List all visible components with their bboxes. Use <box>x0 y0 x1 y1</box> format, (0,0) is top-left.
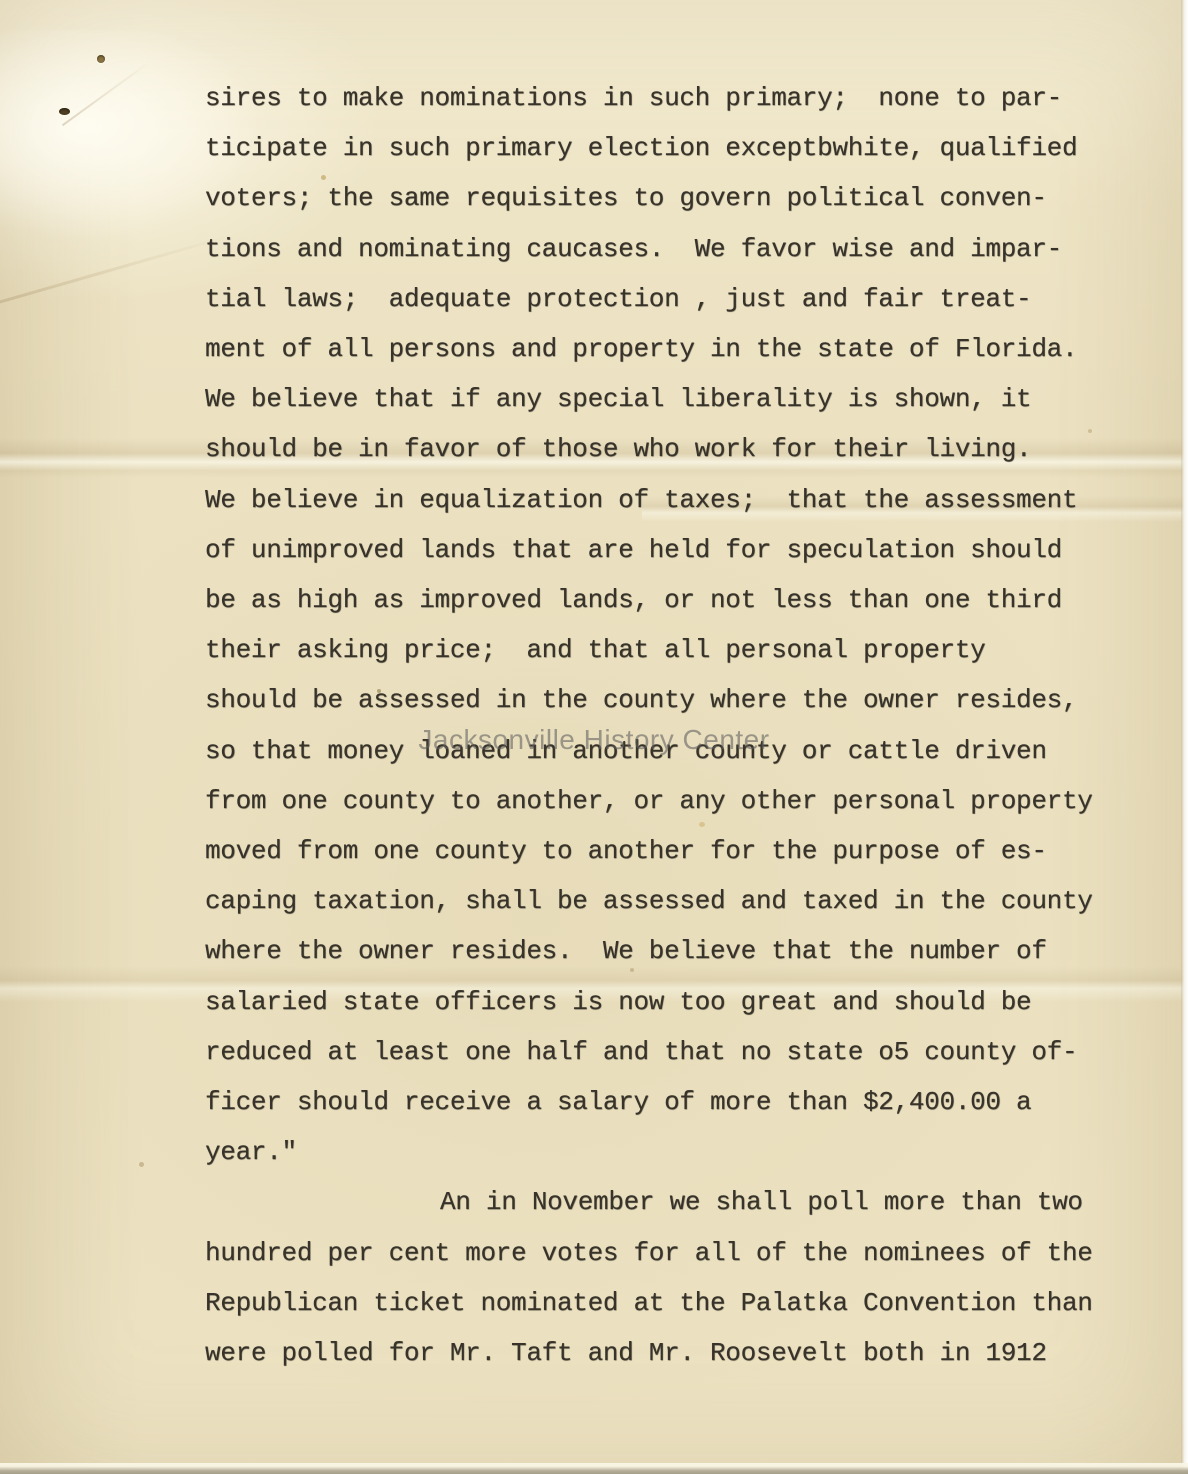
document-line: voters; the same requisites to govern po… <box>205 173 1145 223</box>
document-line: reduced at least one half and that no st… <box>205 1027 1145 1077</box>
age-speck <box>139 1162 144 1167</box>
document-line: ment of all persons and property in the … <box>205 324 1145 374</box>
document-line: of unimproved lands that are held for sp… <box>205 525 1145 575</box>
corner-crease-line <box>0 234 234 306</box>
document-line: should be in favor of those who work for… <box>205 424 1145 474</box>
document-line: We believe that if any special liberalit… <box>205 374 1145 424</box>
document-line: from one county to another, or any other… <box>205 776 1145 826</box>
corner-crease-line <box>62 60 152 126</box>
document-line: where the owner resides. We believe that… <box>205 926 1145 976</box>
typewritten-text: sires to make nominations in such primar… <box>205 73 1145 1378</box>
document-line: ticipate in such primary election except… <box>205 123 1145 173</box>
scan-edge-bottom <box>0 1463 1188 1474</box>
document-line: their asking price; and that all persona… <box>205 625 1145 675</box>
document-line: were polled for Mr. Taft and Mr. Rooseve… <box>205 1328 1145 1378</box>
document-line: so that money loaned in another county o… <box>205 726 1145 776</box>
document-line: should be assessed in the county where t… <box>205 675 1145 725</box>
document-line: year." <box>205 1127 1145 1177</box>
document-line: hundred per cent more votes for all of t… <box>205 1228 1145 1278</box>
document-line: tions and nominating caucases. We favor … <box>205 224 1145 274</box>
document-line: be as high as improved lands, or not les… <box>205 575 1145 625</box>
document-line: salaried state officers is now too great… <box>205 977 1145 1027</box>
pin-hole <box>97 55 105 63</box>
scan-edge-right <box>1181 0 1188 1474</box>
document-line: caping taxation, shall be assessed and t… <box>205 876 1145 926</box>
pin-hole <box>59 108 70 115</box>
document-line: ficer should receive a salary of more th… <box>205 1077 1145 1127</box>
document-line: An in November we shall poll more than t… <box>205 1177 1145 1227</box>
document-line: sires to make nominations in such primar… <box>205 73 1145 123</box>
document-page: Jacksonville History Center sires to mak… <box>0 0 1188 1474</box>
document-line: Republican ticket nominated at the Palat… <box>205 1278 1145 1328</box>
document-line: We believe in equalization of taxes; tha… <box>205 475 1145 525</box>
document-line: moved from one county to another for the… <box>205 826 1145 876</box>
document-line: tial laws; adequate protection , just an… <box>205 274 1145 324</box>
